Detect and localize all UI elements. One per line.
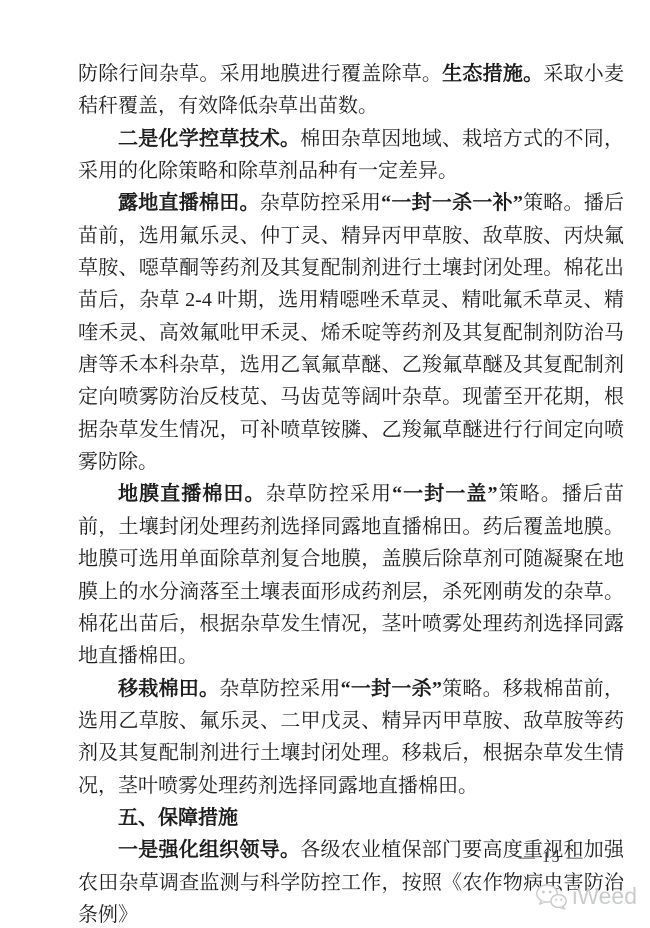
document-body: 防除行间杂草。采用地膜进行覆盖除草。生态措施。采取小麦秸秆覆盖，有效降低杂草出苗… [78, 58, 624, 928]
text-run-bold: “一封一杀” [341, 678, 442, 700]
text-run-bold: “一封一杀一补” [381, 192, 523, 214]
paragraph: 地膜直播棉田。杂草防控采用“一封一盖”策略。播后苗前，土壤封闭处理药剂选择同露地… [78, 478, 624, 672]
watermark-label: iWeed [572, 883, 637, 910]
text-run-bold: 一是强化组织领导。 [118, 839, 300, 861]
text-run-bold: 露地直播棉田。 [118, 192, 260, 214]
text-run-bold: 生态措施。 [442, 63, 543, 85]
text-run: 杂草防控采用 [266, 483, 393, 505]
text-run: 杂草防控采用 [219, 678, 340, 700]
paragraph: 露地直播棉田。杂草防控采用“一封一杀一补”策略。播后苗前，选用氟乐灵、仲丁灵、精… [78, 187, 624, 478]
text-run-bold: 地膜直播棉田。 [118, 483, 266, 505]
text-run: 杂草防控采用 [260, 192, 381, 214]
text-run-bold: “一封一盖” [392, 483, 497, 505]
text-run: 防除行间杂草。采用地膜进行覆盖除草。 [78, 63, 442, 85]
text-run: 策略。播后苗前，土壤封闭处理药剂选择同露地直播棉田。药后覆盖地膜。地膜可选用单面… [78, 483, 624, 667]
text-run-bold: 移栽棉田。 [118, 678, 219, 700]
page-number: — 15 — [519, 849, 584, 867]
paragraph: 二是化学控草技术。棉田杂草因地域、栽培方式的不同，采用的化除策略和除草剂品种有一… [78, 123, 624, 188]
paragraph: 防除行间杂草。采用地膜进行覆盖除草。生态措施。采取小麦秸秆覆盖，有效降低杂草出苗… [78, 58, 624, 123]
text-run: 策略。播后苗前，选用氟乐灵、仲丁灵、精异丙甲草胺、敌草胺、丙炔氟草胺、噁草酮等药… [78, 192, 624, 473]
paragraph: 移栽棉田。杂草防控采用“一封一杀”策略。移栽棉苗前，选用乙草胺、氟乐灵、二甲戊灵… [78, 673, 624, 802]
wechat-icon [535, 883, 567, 910]
watermark: iWeed [535, 883, 637, 910]
section-heading: 五、保障措施 [78, 802, 624, 834]
document-page: 防除行间杂草。采用地膜进行覆盖除草。生态措施。采取小麦秸秆覆盖，有效降低杂草出苗… [0, 0, 650, 928]
text-run-bold: 二是化学控草技术。 [118, 128, 300, 150]
